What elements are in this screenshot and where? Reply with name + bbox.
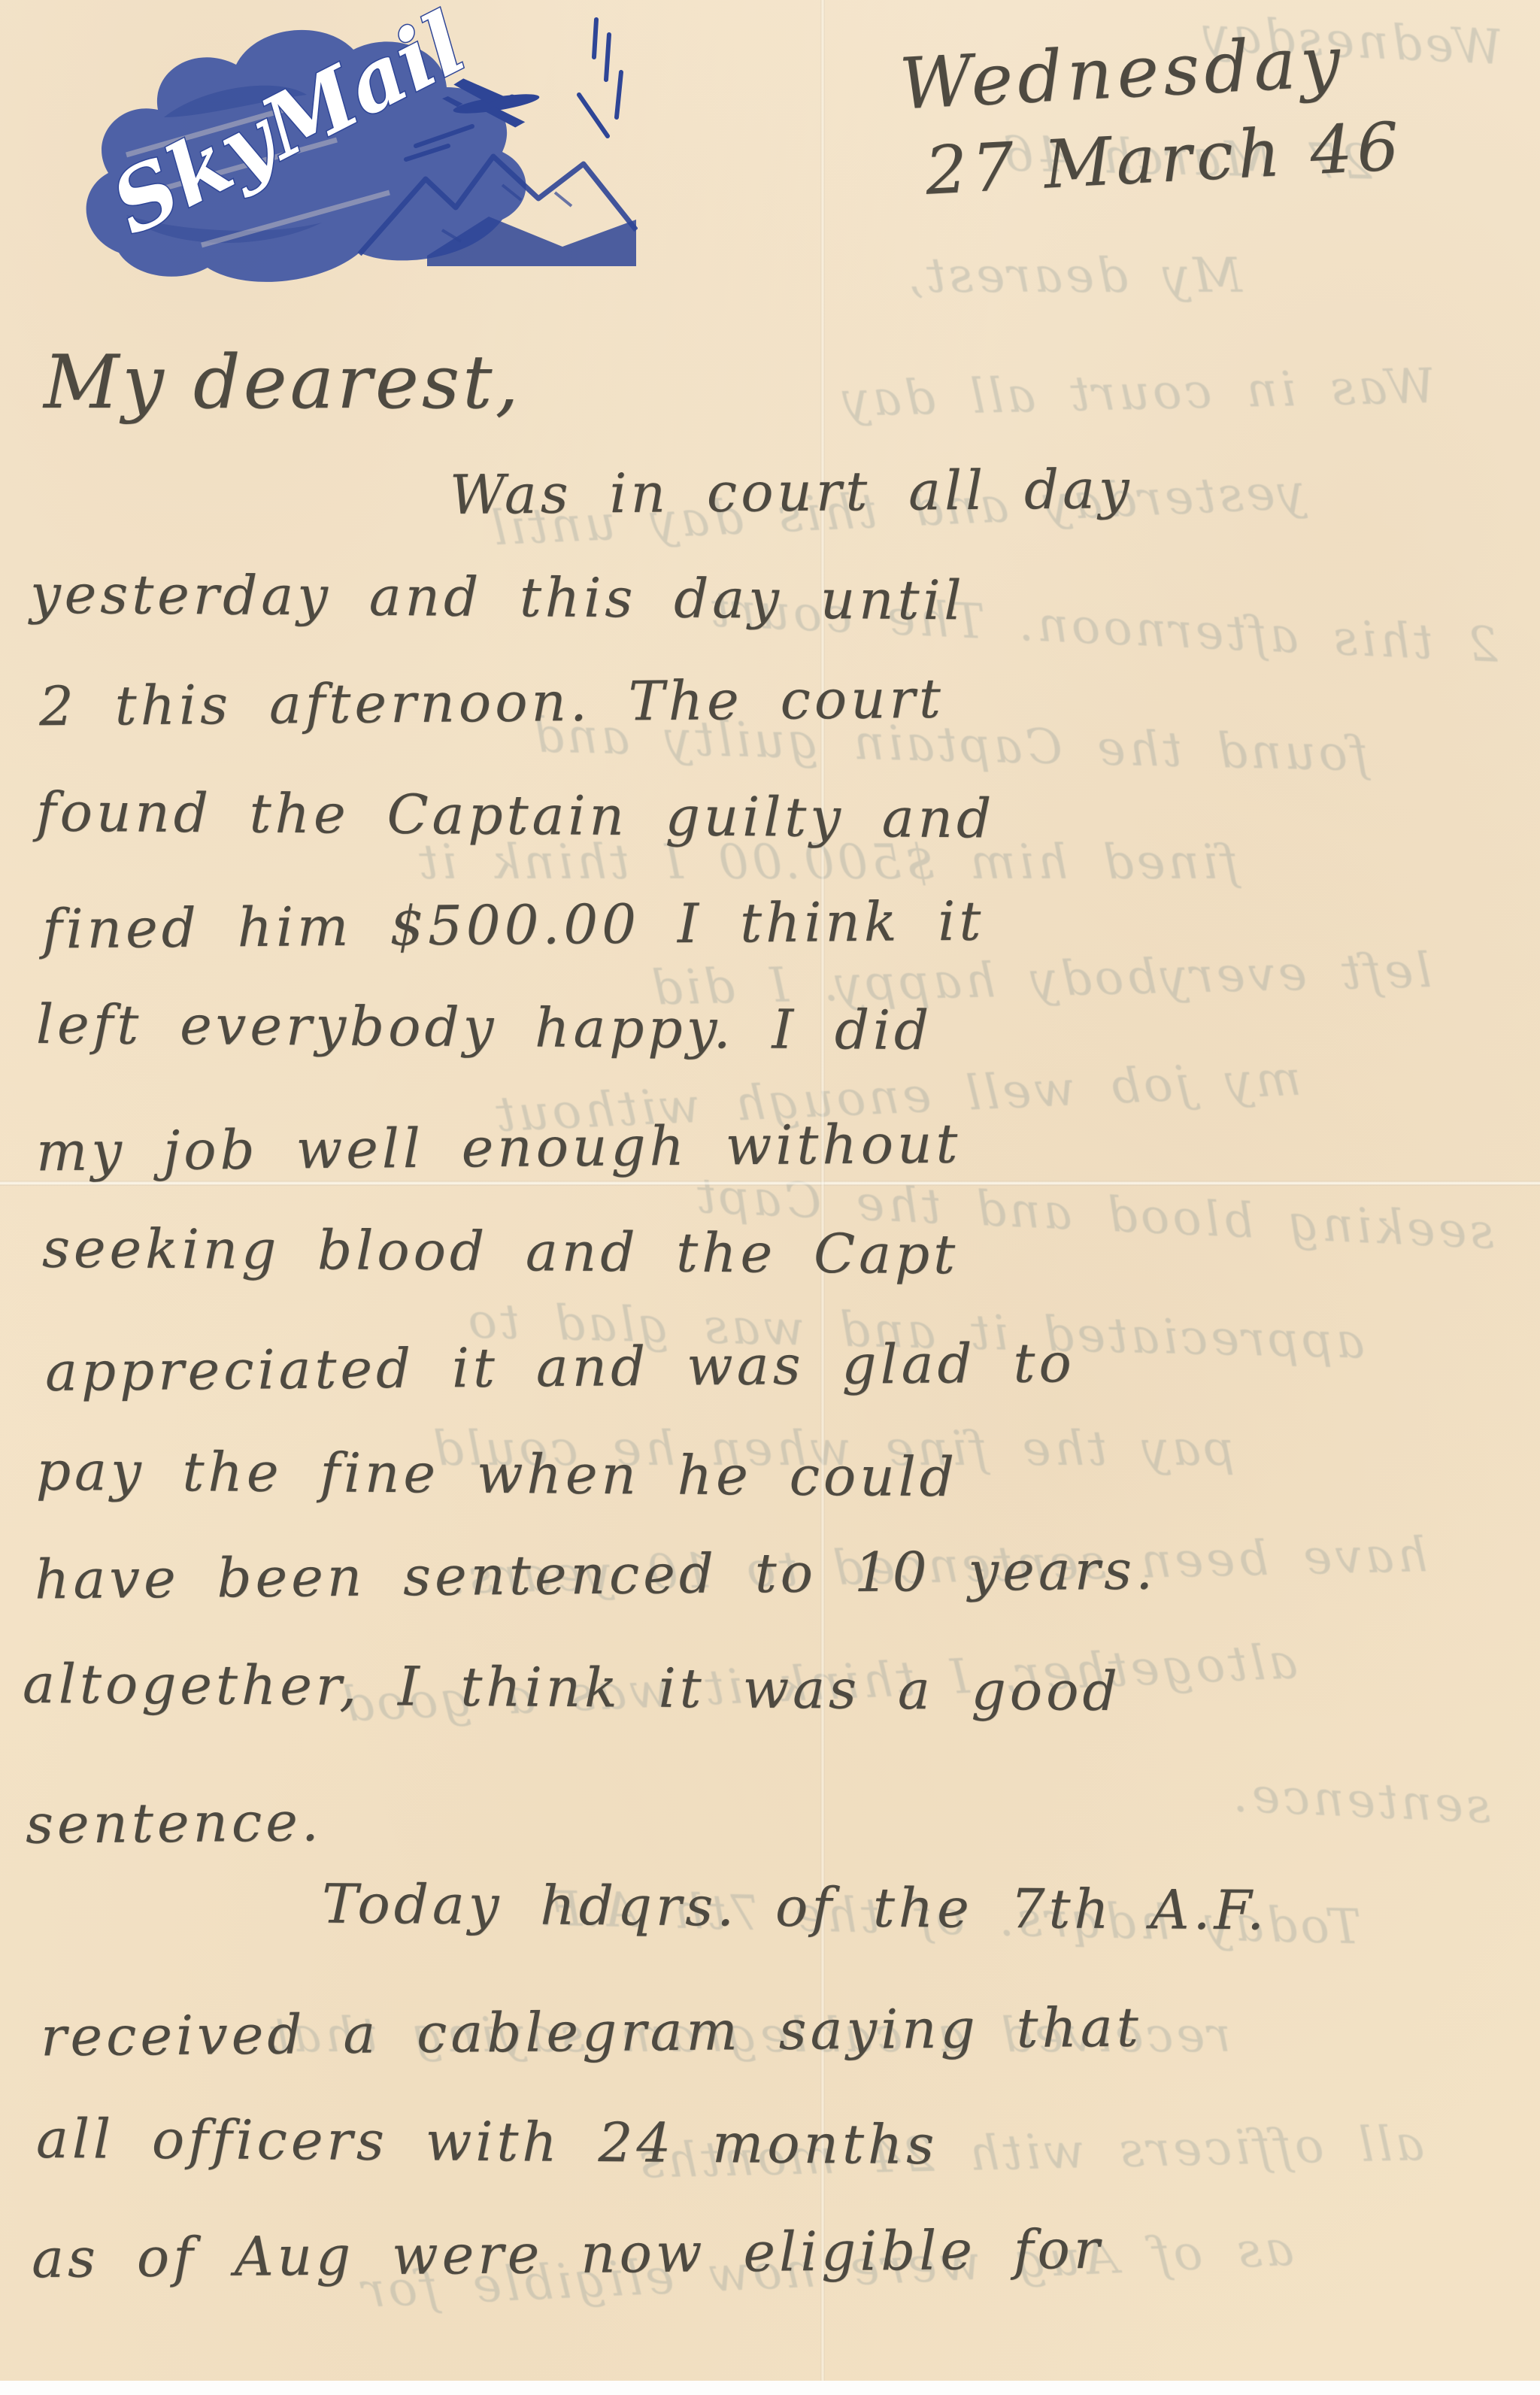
- body-line: all officers with 24 months: [36, 2107, 938, 2176]
- body-line: Was in court all day: [450, 457, 1133, 526]
- body-line: sentence.: [26, 1790, 323, 1855]
- body-line: my job well enough without: [36, 1112, 962, 1184]
- body-line: yesterday and this day until: [30, 562, 966, 632]
- body-line: have been sentenced to 10 years.: [35, 1538, 1157, 1611]
- body-line: appreciated it and was glad to: [45, 1331, 1075, 1403]
- scanner-background-strip: [0, 2381, 1540, 2395]
- scan-page: { "letter": { "brand_logo": { "brand": "…: [0, 0, 1540, 2395]
- body-line: fined him $500.00 I think it: [42, 890, 985, 961]
- body-line: left everybody happy. I did: [36, 993, 933, 1062]
- body-line: 2 this afternoon. The court: [39, 667, 945, 738]
- body-line: as of Aug were now eligible for: [32, 2218, 1104, 2290]
- body-line: Today hdqrs. of the 7th A.F.: [322, 1872, 1269, 1942]
- body-line: altogether, I think it was a good: [23, 1652, 1121, 1723]
- letter-body: Was in court all day yesterday and this …: [0, 0, 1540, 2381]
- body-line: found the Captain guilty and: [36, 781, 996, 850]
- body-line: seeking blood and the Capt: [42, 1217, 959, 1287]
- letter-paper: Wednesday27 March 46My dearest,Was in co…: [0, 0, 1540, 2383]
- body-line: received a cablegram saying that: [41, 1996, 1142, 2069]
- body-line: pay the fine when he could: [36, 1439, 958, 1509]
